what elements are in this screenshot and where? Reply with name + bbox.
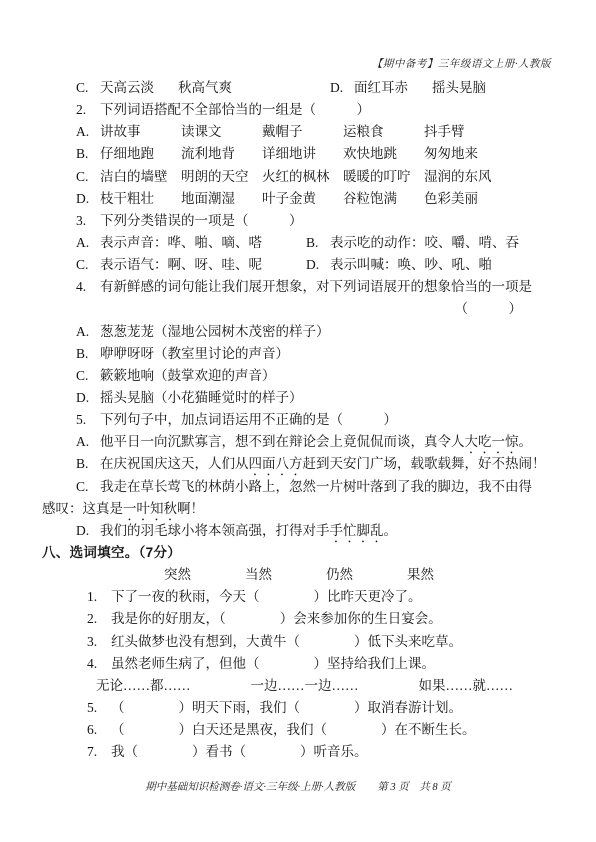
option-label: B. (306, 232, 330, 254)
question-5-option-d: D.我们的羽毛球小将本领高强，打得对手手忙脚乱。 (42, 520, 556, 542)
option-label: B. (76, 453, 100, 475)
exam-content: C. 天高云淡 秋高气爽 D. 面红耳赤 摇头晃脑 2.下列词语搭配不全部恰当的… (42, 77, 556, 763)
item-number: 2. (87, 608, 111, 630)
option-text: 葱葱茏茏（湿地公园树木茂密的样子） (100, 324, 330, 339)
emphasized-word: 四面八方 (249, 456, 303, 471)
option-word: 详细地讲 (262, 143, 343, 165)
word-bank-item: 果然 (407, 564, 434, 586)
footer-title: 期中基础知识检测卷·语文·三年级·上册·人教版 (145, 782, 355, 793)
option-word: 仔细地跑 (100, 143, 181, 165)
option-text: 表示语气：啊、呀、哇、呢 (100, 257, 262, 272)
option-text: 簌簌地响（鼓掌欢迎的声音） (100, 368, 276, 383)
section-8-item-5: 5.（ ）明天下雨，我们（ ）取消春游计划。 (42, 697, 556, 719)
question-2-stem: 2.下列词语搭配不全部恰当的一组是（ ） (42, 99, 556, 121)
option-label: C. (76, 254, 100, 276)
option-word: 讲故事 (100, 121, 181, 143)
sentence-text: 我走在草长莺飞的林荫小路上，忽然一片树叶落到了我的脚边，我不由得 (100, 479, 532, 494)
question-5-option-b: B.在庆祝国庆这天，人们从四面八方赶到天安门广场，载歌载舞，好不热闹！ (42, 453, 556, 475)
sentence-text: 。 (519, 434, 533, 449)
option-label: D. (306, 254, 330, 276)
question-4-option-c: C.簌簌地响（鼓掌欢迎的声音） (42, 365, 556, 387)
sentence-text: 啊！ (177, 501, 204, 516)
footer-page-number: 第 3 页 共 8 页 (377, 782, 451, 793)
item-text: （ ）白天还是黑夜，我们（ ）在不断生长。 (111, 722, 476, 737)
item-number: 7. (87, 741, 111, 763)
question-3-option-d: D.表示叫喊：唤、吵、吼、啪 (306, 254, 492, 276)
option-label: C. (76, 476, 100, 498)
question-4-option-b: B.咿咿呀呀（教室里讨论的声音） (42, 343, 556, 365)
option-text: 咿咿呀呀（教室里讨论的声音） (100, 346, 289, 361)
question-2-option-c: C. 洁白的墙壁 明朗的天空 火红的枫林 暖暖的叮咛 湿润的东风 (42, 166, 556, 188)
question-1-option-c: C. 天高云淡 秋高气爽 (76, 77, 330, 99)
item-text: 红头做梦也没有想到，大黄牛（ ）低下头来吃草。 (111, 634, 462, 649)
sentence-text: 感叹：这真是 (42, 501, 123, 516)
option-label: C. (76, 166, 100, 188)
question-5-option-c-line1: C.我走在草长莺飞的林荫小路上，忽然一片树叶落到了我的脚边，我不由得 (42, 476, 556, 498)
option-word: 天高云淡 (100, 77, 178, 99)
option-label: A. (76, 121, 100, 143)
question-3-options-ab: A.表示声音：哗、啪、嘀、嗒 B.表示吃的动作：咬、嚼、啃、吞 (42, 232, 556, 254)
option-label: D. (76, 188, 100, 210)
sentence-text: 在庆祝国庆这天，人们从 (100, 456, 249, 471)
option-label: B. (76, 343, 100, 365)
section-8-item-6: 6.（ ）白天还是黑夜，我们（ ）在不断生长。 (42, 719, 556, 741)
option-word: 戴帽子 (262, 121, 343, 143)
option-word: 谷粒饱满 (343, 188, 424, 210)
option-word: 色彩美丽 (424, 188, 505, 210)
question-3-options-cd: C.表示语气：啊、呀、哇、呢 D.表示叫喊：唤、吵、吼、啪 (42, 254, 556, 276)
stem-text: 下列分类错误的一项是（ ） (100, 213, 303, 228)
option-word: 摇头晃脑 (432, 77, 510, 99)
section-8-word-bank: 突然 当然 仍然 果然 (42, 564, 556, 586)
question-number: 5. (76, 409, 100, 431)
option-word: 欢快地跳 (343, 143, 424, 165)
question-2-option-a: A. 讲故事 读课文 戴帽子 运粮食 抖手臂 (42, 121, 556, 143)
option-label: A. (76, 232, 100, 254)
section-8-item-7: 7.我（ ）看书（ ）听音乐。 (42, 741, 556, 763)
option-text: 表示声音：哗、啪、嘀、嗒 (100, 235, 262, 250)
item-text: 我是你的好朋友，（ ）会来参加你的生日宴会。 (111, 611, 442, 626)
option-label: B. (76, 143, 100, 165)
exam-page: 【期中备考】三年级语文上册·人教版 C. 天高云淡 秋高气爽 D. 面红耳赤 摇… (0, 0, 596, 842)
question-1-option-d: D. 面红耳赤 摇头晃脑 (330, 77, 510, 99)
question-4-option-a: A.葱葱茏茏（湿地公园树木茂密的样子） (42, 321, 556, 343)
question-3-option-a: A.表示声音：哗、啪、嘀、嗒 (76, 232, 306, 254)
connective-item: 一边……一边…… (251, 675, 359, 697)
sentence-text: 赶到天安门广场，载歌载舞，好不热闹！ (303, 456, 546, 471)
question-3-option-b: B.表示吃的动作：咬、嚼、啃、吞 (306, 232, 519, 254)
option-text: 表示叫喊：唤、吵、吼、啪 (330, 257, 492, 272)
question-4-stem: 4.有新鲜感的词句能让我们展开想象，对下列词语展开的想象恰当的一项是 (42, 276, 556, 298)
question-5-option-a: A.他平日一向沉默寡言，想不到在辩论会上竟侃侃而谈，真令人大吃一惊。 (42, 431, 556, 453)
item-number: 6. (87, 719, 111, 741)
option-word: 湿润的东风 (424, 166, 505, 188)
option-label: C. (76, 365, 100, 387)
word-bank-item: 突然 (164, 564, 191, 586)
question-4-option-d: D.摇头晃脑（小花猫睡觉时的样子） (42, 387, 556, 409)
section-8-heading: 八、选词填空。（7分） (42, 542, 556, 564)
connective-item: 无论……都…… (96, 675, 191, 697)
question-number: 3. (76, 210, 100, 232)
option-label: A. (76, 321, 100, 343)
item-number: 5. (87, 697, 111, 719)
option-word: 地面潮湿 (181, 188, 262, 210)
option-word: 运粮食 (343, 121, 424, 143)
question-4-answer-blank: （ ） (42, 298, 556, 320)
option-label: D. (76, 387, 100, 409)
stem-text: 下列句子中，加点词语运用不正确的是（ ） (100, 412, 397, 427)
item-number: 4. (87, 653, 111, 675)
item-text: （ ）明天下雨，我们（ ）取消春游计划。 (111, 700, 462, 715)
footer: 期中基础知识检测卷·语文·三年级·上册·人教版第 3 页 共 8 页 (0, 779, 596, 794)
option-text: 表示吃的动作：咬、嚼、啃、吞 (330, 235, 519, 250)
option-label: C. (76, 77, 100, 99)
question-3-option-c: C.表示语气：啊、呀、哇、呢 (76, 254, 306, 276)
header-edition-tag: 【期中备考】三年级语文上册·人教版 (372, 56, 551, 71)
item-number: 1. (87, 586, 111, 608)
question-2-option-b: B. 仔细地跑 流利地背 详细地讲 欢快地跳 匆匆地来 (42, 143, 556, 165)
option-word: 明朗的天空 (181, 166, 262, 188)
option-word: 匆匆地来 (424, 143, 505, 165)
emphasized-word: 一叶知秋 (123, 501, 177, 516)
emphasized-word: 手忙脚乱 (330, 523, 384, 538)
question-5-option-c-line2: 感叹：这真是一叶知秋啊！ (42, 498, 556, 520)
question-3-stem: 3.下列分类错误的一项是（ ） (42, 210, 556, 232)
question-1-options-cd: C. 天高云淡 秋高气爽 D. 面红耳赤 摇头晃脑 (42, 77, 556, 99)
option-word: 枝干粗壮 (100, 188, 181, 210)
sentence-text: 他平日一向沉默寡言，想不到在辩论会上竟侃侃而谈，真令人 (100, 434, 465, 449)
emphasized-word: 大吃一惊 (465, 434, 519, 449)
item-text: 下了一夜的秋雨，今天（ ）比昨天更冷了。 (111, 589, 422, 604)
stem-text: 有新鲜感的词句能让我们展开想象，对下列词语展开的想象恰当的一项是 (100, 279, 532, 294)
option-label: D. (76, 520, 100, 542)
sentence-text: 我们的羽毛球小将本领高强，打得对手 (100, 523, 330, 538)
question-number: 2. (76, 99, 100, 121)
option-word: 秋高气爽 (178, 77, 256, 99)
question-number: 4. (76, 276, 100, 298)
item-text: 虽然老师生病了，但他（ ）坚持给我们上课。 (111, 656, 435, 671)
item-text: 我（ ）看书（ ）听音乐。 (111, 744, 368, 759)
section-8-item-1: 1.下了一夜的秋雨，今天（ ）比昨天更冷了。 (42, 586, 556, 608)
section-8-item-2: 2.我是你的好朋友，（ ）会来参加你的生日宴会。 (42, 608, 556, 630)
option-label: A. (76, 431, 100, 453)
sentence-text: 。 (384, 523, 398, 538)
option-word: 洁白的墙壁 (100, 166, 181, 188)
question-5-stem: 5.下列句子中，加点词语运用不正确的是（ ） (42, 409, 556, 431)
option-word: 火红的枫林 (262, 166, 343, 188)
word-bank-item: 当然 (245, 564, 272, 586)
option-word: 抖手臂 (424, 121, 505, 143)
word-bank-item: 仍然 (326, 564, 353, 586)
option-label: D. (330, 77, 354, 99)
option-word: 暖暖的叮咛 (343, 166, 424, 188)
item-number: 3. (87, 631, 111, 653)
option-word: 面红耳赤 (354, 77, 432, 99)
section-8-connective-bank: 无论……都…… 一边……一边…… 如果……就…… (42, 675, 556, 697)
question-2-option-d: D. 枝干粗壮 地面潮湿 叶子金黄 谷粒饱满 色彩美丽 (42, 188, 556, 210)
option-word: 流利地背 (181, 143, 262, 165)
stem-text: 下列词语搭配不全部恰当的一组是（ ） (100, 102, 370, 117)
section-8-item-3: 3.红头做梦也没有想到，大黄牛（ ）低下头来吃草。 (42, 631, 556, 653)
option-word: 叶子金黄 (262, 188, 343, 210)
connective-item: 如果……就…… (419, 675, 514, 697)
option-word: 读课文 (181, 121, 262, 143)
section-8-item-4: 4.虽然老师生病了，但他（ ）坚持给我们上课。 (42, 653, 556, 675)
option-text: 摇头晃脑（小花猫睡觉时的样子） (100, 390, 303, 405)
